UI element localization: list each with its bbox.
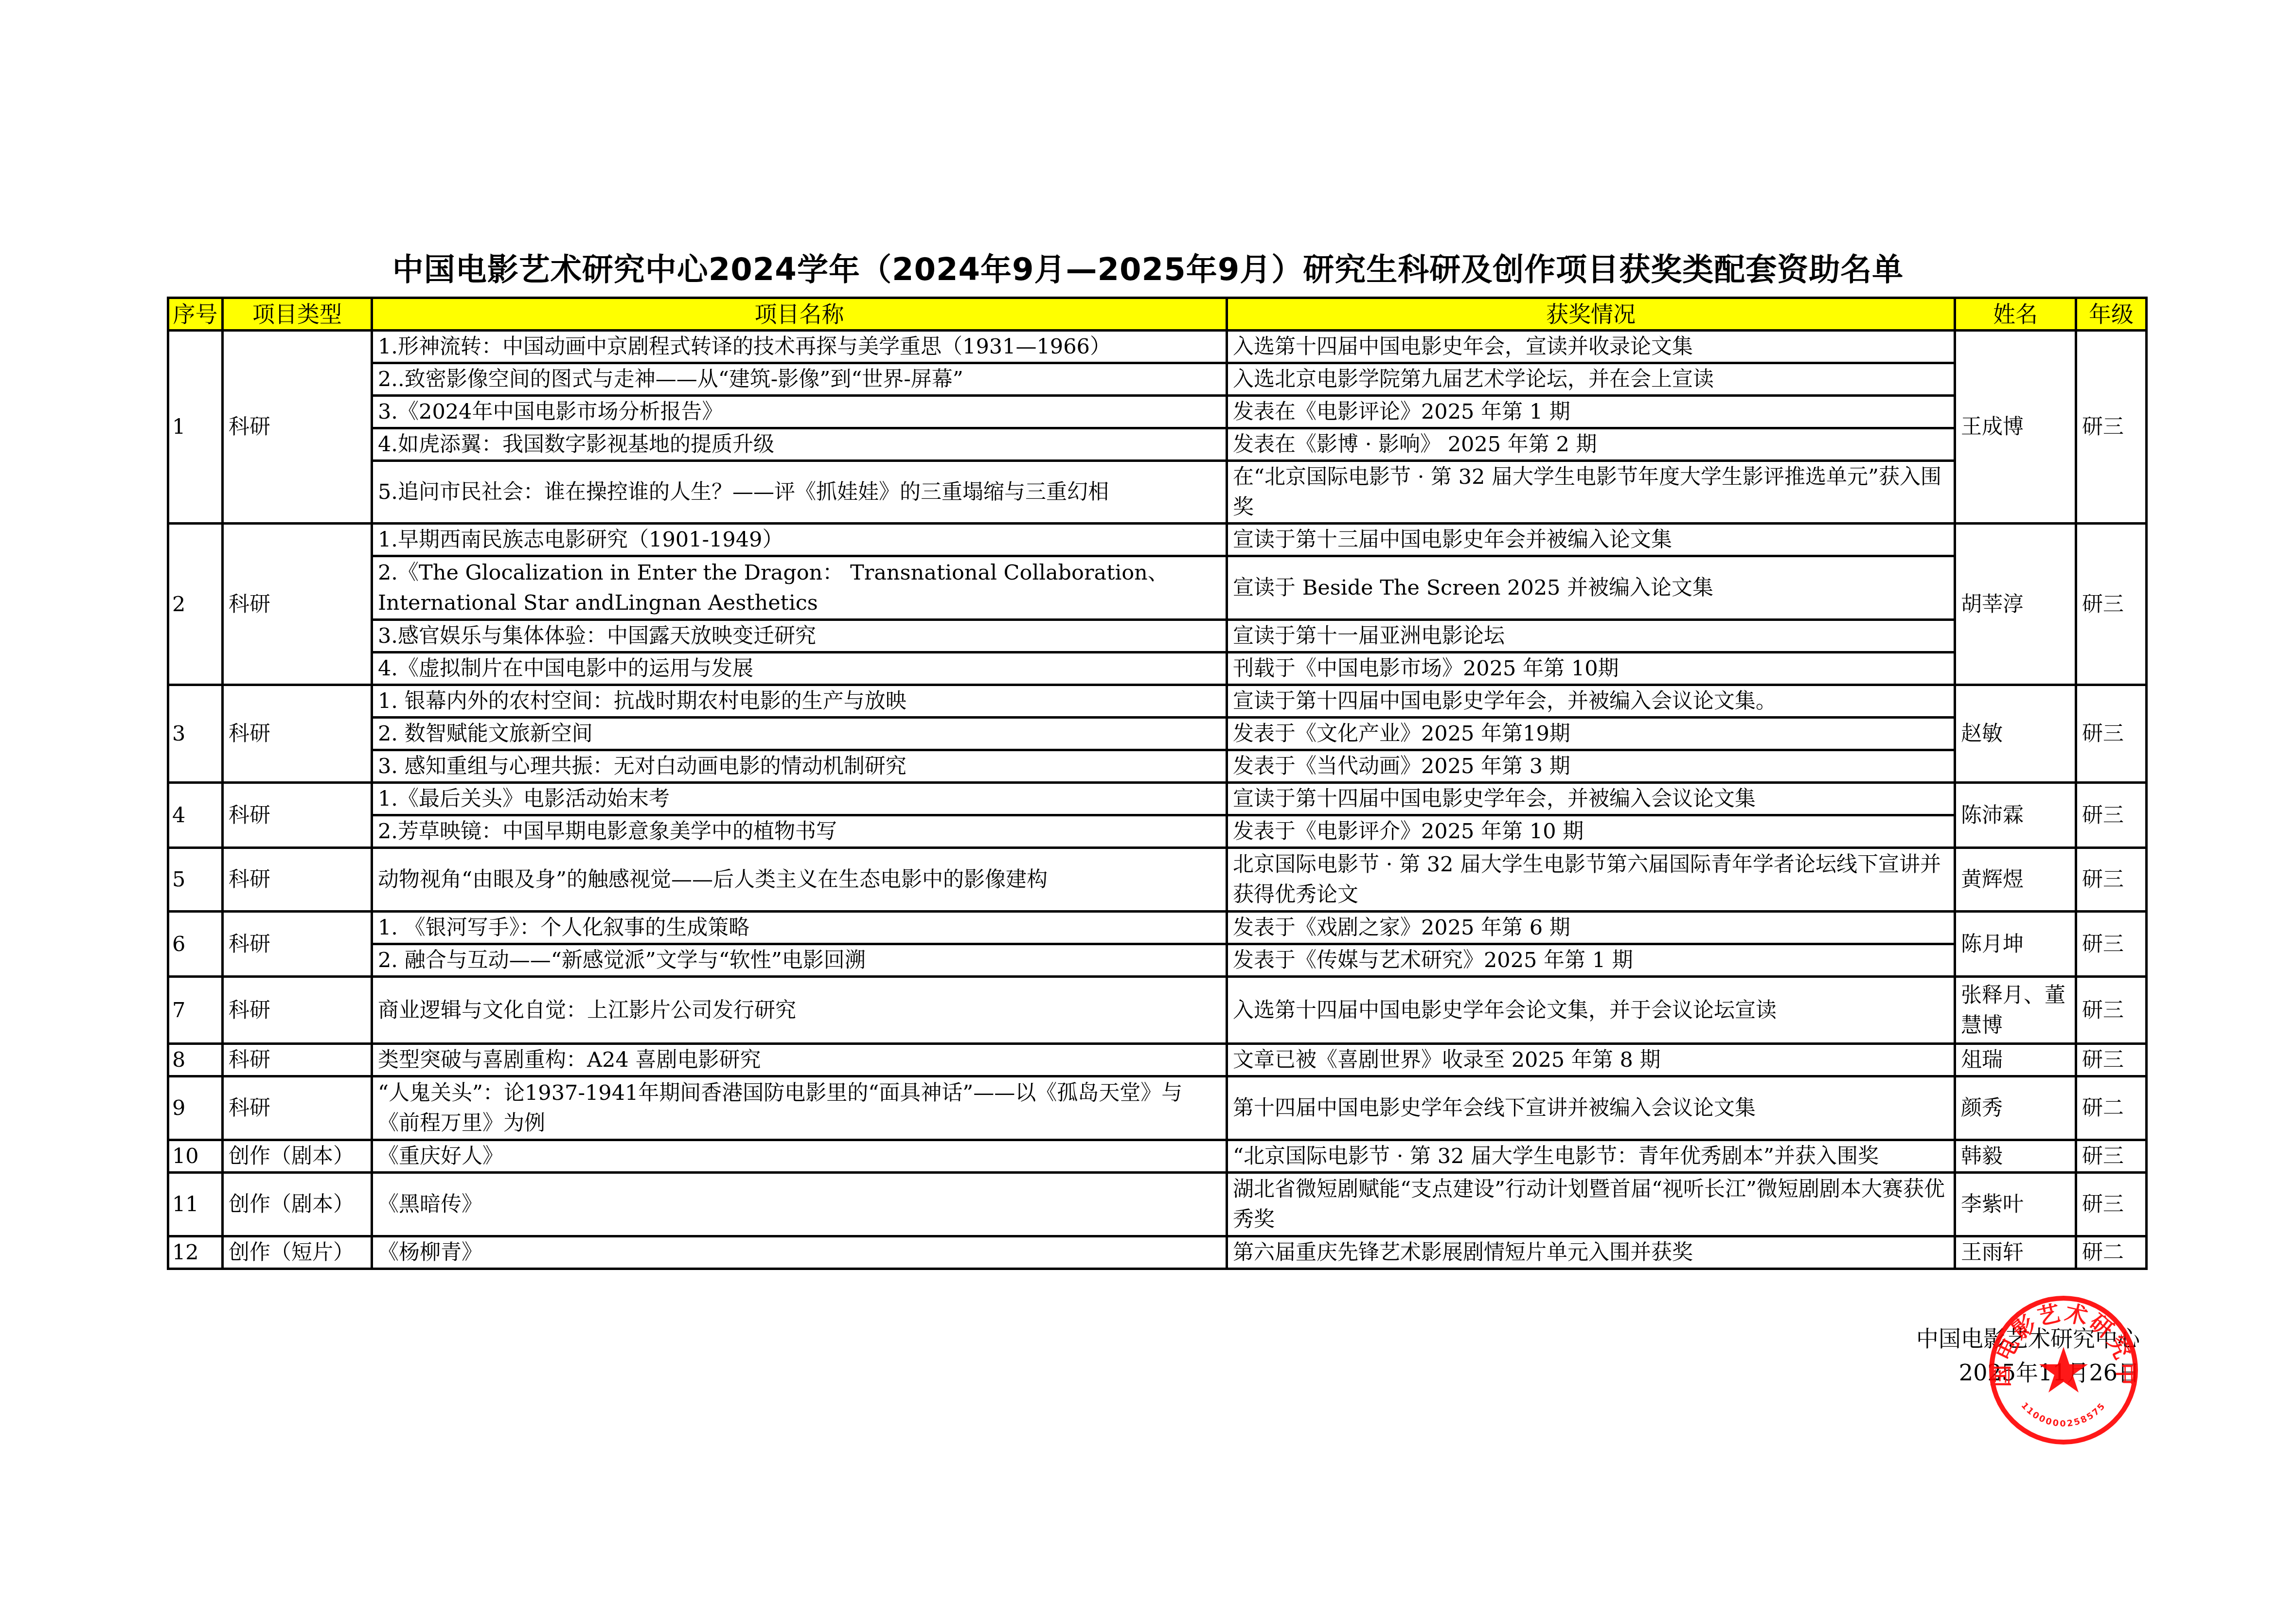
row-name: 张释月、董慧博 [1955, 977, 2076, 1044]
row-project: 《杨柳青》 [372, 1236, 1227, 1269]
row-project: 1. 银幕内外的农村空间：抗战时期农村电影的生产与放映 [372, 685, 1227, 718]
table-row: 5 科研 动物视角“由眼及身”的触感视觉——后人类主义在生态电影中的影像建构 北… [168, 848, 2147, 912]
row-type: 科研 [223, 783, 372, 848]
row-no: 11 [168, 1173, 223, 1236]
table-row: 6 科研 1. 《银河写手》：个人化叙事的生成策略 发表于《戏剧之家》2025 … [168, 912, 2147, 944]
row-award: 刊载于《中国电影市场》2025 年第 10期 [1227, 652, 1955, 685]
row-no: 2 [168, 524, 223, 685]
table-row: 2. 数智赋能文旅新空间 发表于《文化产业》2025 年第19期 [168, 718, 2147, 750]
funding-table: 序号 项目类型 项目名称 获奖情况 姓名 年级 1 科研 1.形神流转：中国动画… [167, 297, 2148, 1270]
table-row: 3.感官娱乐与集体体验：中国露天放映变迁研究 宣读于第十一届亚洲电影论坛 [168, 620, 2147, 652]
row-grade: 研三 [2076, 1044, 2147, 1076]
row-type: 创作（剧本） [223, 1140, 372, 1173]
table-row: 3 科研 1. 银幕内外的农村空间：抗战时期农村电影的生产与放映 宣读于第十四届… [168, 685, 2147, 718]
row-project: 商业逻辑与文化自觉：上江影片公司发行研究 [372, 977, 1227, 1044]
row-award: 宣读于第十四届中国电影史学年会，并被编入会议论文集。 [1227, 685, 1955, 718]
row-name: 胡莘淳 [1955, 524, 2076, 685]
row-project: 2. 融合与互动——“新感觉派”文学与“软性”电影回溯 [372, 944, 1227, 977]
table-row: 3.《2024年中国电影市场分析报告》 发表在《电影评论》2025 年第 1 期 [168, 396, 2147, 428]
svg-text:1100000258575: 1100000258575 [2019, 1400, 2108, 1429]
row-award: 入选北京电影学院第九届艺术学论坛，并在会上宣读 [1227, 363, 1955, 396]
row-project: 2.芳草映镜：中国早期电影意象美学中的植物书写 [372, 815, 1227, 848]
table-row: 1 科研 1.形神流转：中国动画中京剧程式转译的技术再探与美学重思（1931—1… [168, 331, 2147, 363]
row-award: 入选第十四届中国电影史年会，宣读并收录论文集 [1227, 331, 1955, 363]
row-project: 4.《虚拟制片在中国电影中的运用与发展 [372, 652, 1227, 685]
row-type: 科研 [223, 331, 372, 524]
row-no: 8 [168, 1044, 223, 1076]
table-row: 2. 融合与互动——“新感觉派”文学与“软性”电影回溯 发表于《传媒与艺术研究》… [168, 944, 2147, 977]
row-type: 科研 [223, 977, 372, 1044]
row-no: 7 [168, 977, 223, 1044]
table-row: 12 创作（短片） 《杨柳青》 第六届重庆先锋艺术影展剧情短片单元入围并获奖 王… [168, 1236, 2147, 1269]
row-project: 1.早期西南民族志电影研究（1901-1949） [372, 524, 1227, 556]
row-award: 发表于《当代动画》2025 年第 3 期 [1227, 750, 1955, 783]
table-row: 10 创作（剧本） 《重庆好人》 “北京国际电影节 · 第 32 届大学生电影节… [168, 1140, 2147, 1173]
row-award: 发表于《文化产业》2025 年第19期 [1227, 718, 1955, 750]
row-project: 2.《The Glocalization in Enter the Dragon… [372, 556, 1227, 620]
row-project: 1.《最后关头》电影活动始末考 [372, 783, 1227, 815]
row-project: 3.感官娱乐与集体体验：中国露天放映变迁研究 [372, 620, 1227, 652]
row-grade: 研三 [2076, 331, 2147, 524]
table-row: 2 科研 1.早期西南民族志电影研究（1901-1949） 宣读于第十三届中国电… [168, 524, 2147, 556]
row-name: 陈沛霖 [1955, 783, 2076, 848]
document-title: 中国电影艺术研究中心2024学年（2024年9月—2025年9月）研究生科研及创… [0, 248, 2296, 292]
row-grade: 研二 [2076, 1076, 2147, 1140]
official-seal-icon: 中国电影艺术研究中心 1100000258575 [1987, 1293, 2140, 1447]
row-project: 1.形神流转：中国动画中京剧程式转译的技术再探与美学重思（1931—1966） [372, 331, 1227, 363]
row-name: 李紫叶 [1955, 1173, 2076, 1236]
row-grade: 研三 [2076, 848, 2147, 912]
row-name: 王雨轩 [1955, 1236, 2076, 1269]
row-award: 第六届重庆先锋艺术影展剧情短片单元入围并获奖 [1227, 1236, 1955, 1269]
row-award: 宣读于第十三届中国电影史年会并被编入论文集 [1227, 524, 1955, 556]
row-award: 宣读于 Beside The Screen 2025 并被编入论文集 [1227, 556, 1955, 620]
row-award: 发表于《传媒与艺术研究》2025 年第 1 期 [1227, 944, 1955, 977]
row-project: 2..致密影像空间的图式与走神——从“建筑-影像”到“世界-屏幕” [372, 363, 1227, 396]
row-no: 3 [168, 685, 223, 783]
row-project: 2. 数智赋能文旅新空间 [372, 718, 1227, 750]
header-row: 序号 项目类型 项目名称 获奖情况 姓名 年级 [168, 298, 2147, 331]
table-row: 3. 感知重组与心理共振：无对白动画电影的情动机制研究 发表于《当代动画》202… [168, 750, 2147, 783]
row-type: 科研 [223, 912, 372, 977]
row-no: 9 [168, 1076, 223, 1140]
row-name: 陈月坤 [1955, 912, 2076, 977]
row-no: 6 [168, 912, 223, 977]
row-project: 动物视角“由眼及身”的触感视觉——后人类主义在生态电影中的影像建构 [372, 848, 1227, 912]
row-award: 发表在《影博 · 影响》 2025 年第 2 期 [1227, 428, 1955, 461]
row-grade: 研二 [2076, 1236, 2147, 1269]
row-grade: 研三 [2076, 685, 2147, 783]
table-row: 2.《The Glocalization in Enter the Dragon… [168, 556, 2147, 620]
row-no: 4 [168, 783, 223, 848]
row-award: 宣读于第十四届中国电影史学年会，并被编入会议论文集 [1227, 783, 1955, 815]
row-project: 《黑暗传》 [372, 1173, 1227, 1236]
header-type: 项目类型 [223, 298, 372, 331]
header-name: 姓名 [1955, 298, 2076, 331]
row-award: 在“北京国际电影节 · 第 32 届大学生电影节年度大学生影评推选单元”获入围奖 [1227, 461, 1955, 524]
row-award: 发表于《电影评介》2025 年第 10 期 [1227, 815, 1955, 848]
table-row: 4.《虚拟制片在中国电影中的运用与发展 刊载于《中国电影市场》2025 年第 1… [168, 652, 2147, 685]
row-grade: 研三 [2076, 783, 2147, 848]
table-row: 2.芳草映镜：中国早期电影意象美学中的植物书写 发表于《电影评介》2025 年第… [168, 815, 2147, 848]
row-name: 赵敏 [1955, 685, 2076, 783]
row-award: 发表于《戏剧之家》2025 年第 6 期 [1227, 912, 1955, 944]
row-project: 3.《2024年中国电影市场分析报告》 [372, 396, 1227, 428]
row-name: 俎瑞 [1955, 1044, 2076, 1076]
row-project: “人鬼关头”：论1937-1941年期间香港国防电影里的“面具神话”——以《孤岛… [372, 1076, 1227, 1140]
row-type: 创作（短片） [223, 1236, 372, 1269]
row-no: 5 [168, 848, 223, 912]
row-award: 湖北省微短剧赋能“支点建设”行动计划暨首届“视听长江”微短剧剧本大赛获优秀奖 [1227, 1173, 1955, 1236]
table-row: 4 科研 1.《最后关头》电影活动始末考 宣读于第十四届中国电影史学年会，并被编… [168, 783, 2147, 815]
row-no: 1 [168, 331, 223, 524]
row-project: 《重庆好人》 [372, 1140, 1227, 1173]
row-award: 宣读于第十一届亚洲电影论坛 [1227, 620, 1955, 652]
row-project: 4.如虎添翼：我国数字影视基地的提质升级 [372, 428, 1227, 461]
row-grade: 研三 [2076, 1173, 2147, 1236]
row-grade: 研三 [2076, 1140, 2147, 1173]
row-type: 科研 [223, 1076, 372, 1140]
header-no: 序号 [168, 298, 223, 331]
row-type: 创作（剧本） [223, 1173, 372, 1236]
seal-code: 1100000258575 [2019, 1400, 2108, 1429]
row-grade: 研三 [2076, 524, 2147, 685]
row-type: 科研 [223, 685, 372, 783]
row-type: 科研 [223, 524, 372, 685]
row-award: 第十四届中国电影史学年会线下宣讲并被编入会议论文集 [1227, 1076, 1955, 1140]
row-no: 12 [168, 1236, 223, 1269]
table-row: 9 科研 “人鬼关头”：论1937-1941年期间香港国防电影里的“面具神话”—… [168, 1076, 2147, 1140]
row-type: 科研 [223, 1044, 372, 1076]
header-project: 项目名称 [372, 298, 1227, 331]
row-project: 5.追问市民社会：谁在操控谁的人生？——评《抓娃娃》的三重塌缩与三重幻相 [372, 461, 1227, 524]
row-award: 文章已被《喜剧世界》收录至 2025 年第 8 期 [1227, 1044, 1955, 1076]
row-grade: 研三 [2076, 977, 2147, 1044]
table-row: 11 创作（剧本） 《黑暗传》 湖北省微短剧赋能“支点建设”行动计划暨首届“视听… [168, 1173, 2147, 1236]
row-name: 颜秀 [1955, 1076, 2076, 1140]
row-award: 入选第十四届中国电影史学年会论文集，并于会议论坛宣读 [1227, 977, 1955, 1044]
row-grade: 研三 [2076, 912, 2147, 977]
row-project: 1. 《银河写手》：个人化叙事的生成策略 [372, 912, 1227, 944]
table-row: 8 科研 类型突破与喜剧重构：A24 喜剧电影研究 文章已被《喜剧世界》收录至 … [168, 1044, 2147, 1076]
row-award: “北京国际电影节 · 第 32 届大学生电影节：青年优秀剧本”并获入围奖 [1227, 1140, 1955, 1173]
row-project: 类型突破与喜剧重构：A24 喜剧电影研究 [372, 1044, 1227, 1076]
table-row: 7 科研 商业逻辑与文化自觉：上江影片公司发行研究 入选第十四届中国电影史学年会… [168, 977, 2147, 1044]
table-row: 2..致密影像空间的图式与走神——从“建筑-影像”到“世界-屏幕” 入选北京电影… [168, 363, 2147, 396]
table-row: 5.追问市民社会：谁在操控谁的人生？——评《抓娃娃》的三重塌缩与三重幻相 在“北… [168, 461, 2147, 524]
row-type: 科研 [223, 848, 372, 912]
row-project: 3. 感知重组与心理共振：无对白动画电影的情动机制研究 [372, 750, 1227, 783]
header-grade: 年级 [2076, 298, 2147, 331]
row-award: 发表在《电影评论》2025 年第 1 期 [1227, 396, 1955, 428]
row-name: 王成博 [1955, 331, 2076, 524]
row-no: 10 [168, 1140, 223, 1173]
row-name: 韩毅 [1955, 1140, 2076, 1173]
row-award: 北京国际电影节 · 第 32 届大学生电影节第六届国际青年学者论坛线下宣讲并获得… [1227, 848, 1955, 912]
header-award: 获奖情况 [1227, 298, 1955, 331]
row-name: 黄辉煜 [1955, 848, 2076, 912]
table-row: 4.如虎添翼：我国数字影视基地的提质升级 发表在《影博 · 影响》 2025 年… [168, 428, 2147, 461]
